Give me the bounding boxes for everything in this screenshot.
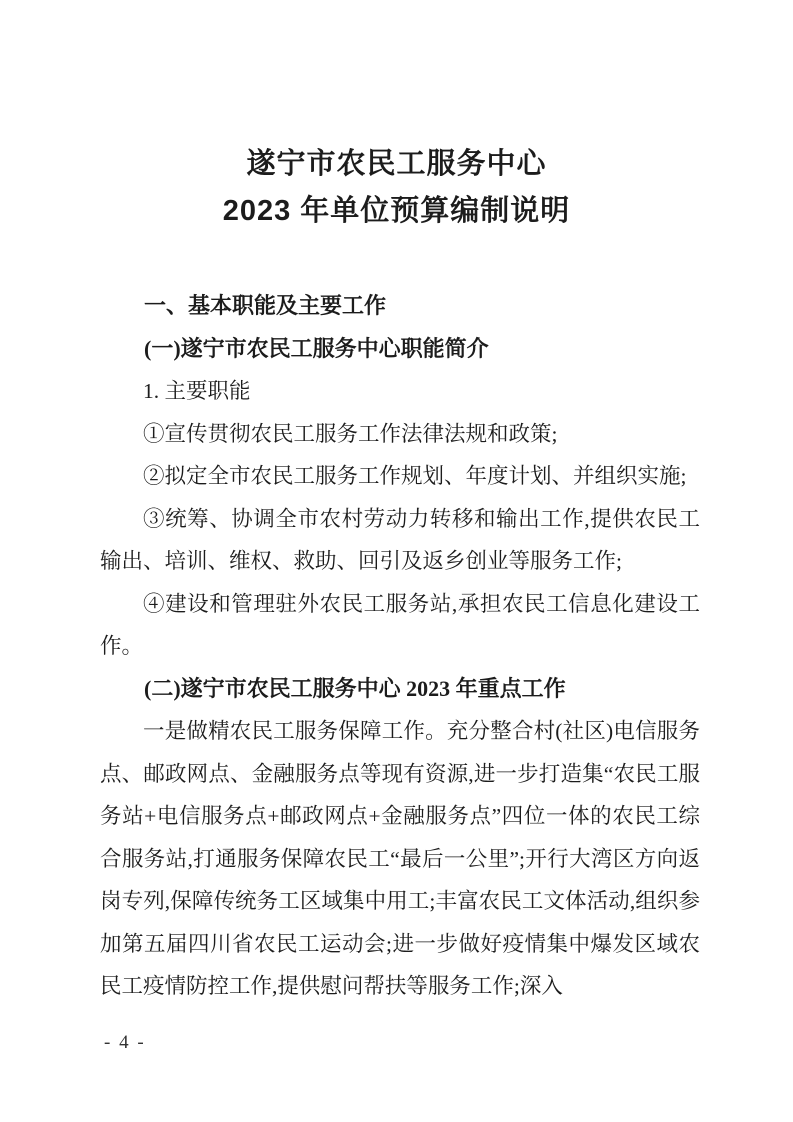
document-title: 遂宁市农民工服务中心 2023 年单位预算编制说明 [0, 141, 793, 235]
document-body: 一、基本职能及主要工作 (一)遂宁市农民工服务中心职能简介 1. 主要职能 ①宣… [100, 285, 700, 1008]
paragraph-duty-3: ③统筹、协调全市农村劳动力转移和输出工作,提供农民工输出、培训、维权、救助、回引… [100, 498, 700, 583]
document-title-line1: 遂宁市农民工服务中心 [0, 141, 793, 188]
paragraph-duty-4: ④建设和管理驻外农民工服务站,承担农民工信息化建设工作。 [100, 583, 700, 668]
section-heading-basic-functions: 一、基本职能及主要工作 [100, 285, 700, 328]
subsection-heading-function-intro: (一)遂宁市农民工服务中心职能简介 [100, 328, 700, 371]
paragraph-duty-2: ②拟定全市农民工服务工作规划、年度计划、并组织实施; [100, 455, 700, 498]
paragraph-key-work-1: 一是做精农民工服务保障工作。充分整合村(社区)电信服务点、邮政网点、金融服务点等… [100, 710, 700, 1008]
paragraph-duty-1: ①宣传贯彻农民工服务工作法律法规和政策; [100, 413, 700, 456]
page-number: - 4 - [104, 1032, 146, 1054]
document-title-line2: 2023 年单位预算编制说明 [0, 188, 793, 235]
document-page: 遂宁市农民工服务中心 2023 年单位预算编制说明 一、基本职能及主要工作 (一… [0, 0, 793, 1122]
subsection-heading-key-work-2023: (二)遂宁市农民工服务中心 2023 年重点工作 [100, 668, 700, 711]
paragraph-main-duties-label: 1. 主要职能 [100, 370, 700, 413]
